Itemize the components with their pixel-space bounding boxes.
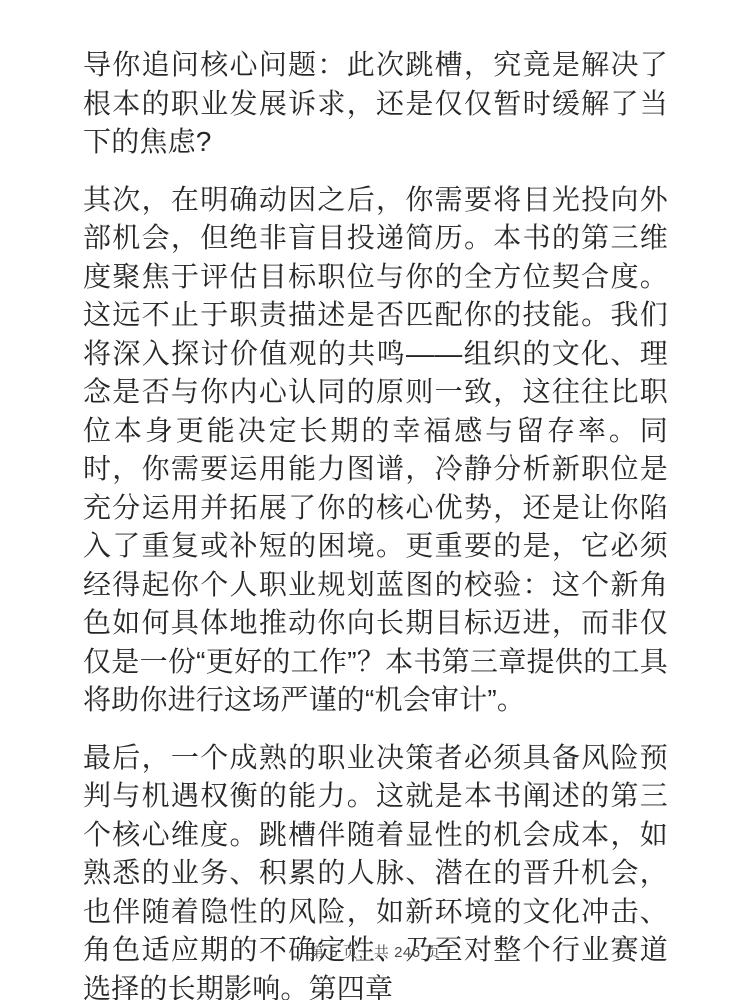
paragraph-2: 其次，在明确动因之后，你需要将目光投向外部机会，但绝非盲目投递简历。本书的第三维… [83,181,668,720]
page-content: 导你追问核心问题：此次跳槽，究竟是解决了根本的职业发展诉求，还是仅仅暂时缓解了当… [0,0,750,1000]
page-footer: 第 5 页，共 246 页 [0,941,750,962]
document-page: 导你追问核心问题：此次跳槽，究竟是解决了根本的职业发展诉求，还是仅仅暂时缓解了当… [0,0,750,1000]
page-number-indicator: 第 5 页，共 246 页 [309,944,441,961]
paragraph-1: 导你追问核心问题：此次跳槽，究竟是解决了根本的职业发展诉求，还是仅仅暂时缓解了当… [83,46,668,162]
